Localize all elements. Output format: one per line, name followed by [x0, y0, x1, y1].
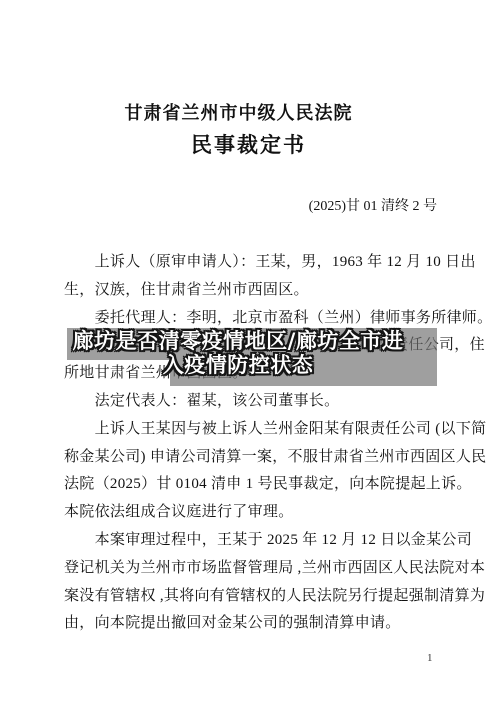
body-line: 上诉人王某因与被上诉人兰州金阳某有限责任公司 (以下简: [64, 416, 440, 444]
body-line: 称金某公司) 申请公司清算一案，不服甘肃省兰州市西固区人民: [64, 444, 440, 472]
body-line: 法定代表人：翟某，该公司董事长。: [64, 388, 440, 416]
document-type-title: 民事裁定书: [0, 132, 497, 158]
page-number: 1: [427, 650, 433, 666]
caption-line-2: 入疫情防控状态: [53, 353, 423, 377]
caption-banner: 廊坊是否清零疫情地区/廊坊全市进 入疫情防控状态: [53, 329, 423, 377]
caption-line-1: 廊坊是否清零疫情地区/廊坊全市进: [53, 329, 423, 353]
case-number: (2025)甘 01 清终 2 号: [309, 197, 437, 217]
document-body: 上诉人（原审申请人）：王某，男，1963 年 12 月 10 日出 生，汉族，住…: [64, 249, 440, 638]
body-line: 登记机关为兰州市市场监督管理局 ,兰州市西固区人民法院对本: [64, 555, 440, 583]
court-name-title: 甘肃省兰州市中级人民法院: [0, 103, 477, 125]
document-page: 甘肃省兰州市中级人民法院 民事裁定书 (2025)甘 01 清终 2 号 上诉人…: [0, 0, 500, 706]
body-line: 生，汉族，住甘肃省兰州市西固区。: [64, 277, 440, 305]
body-line: 本案审理过程中，王某于 2025 年 12 月 12 日以金某公司: [64, 527, 440, 555]
body-line: 由，向本院提出撤回对金某公司的强制清算申请。: [64, 610, 440, 638]
body-line: 法院（2025）甘 0104 清申 1 号民事裁定，向本院提起上诉。: [64, 471, 440, 499]
body-line: 上诉人（原审申请人）：王某，男，1963 年 12 月 10 日出: [64, 249, 440, 277]
body-line: 本院依法组成合议庭进行了审理。: [64, 499, 440, 527]
body-line: 案没有管辖权 ,其将向有管辖权的人民法院另行提起强制清算为: [64, 583, 440, 611]
